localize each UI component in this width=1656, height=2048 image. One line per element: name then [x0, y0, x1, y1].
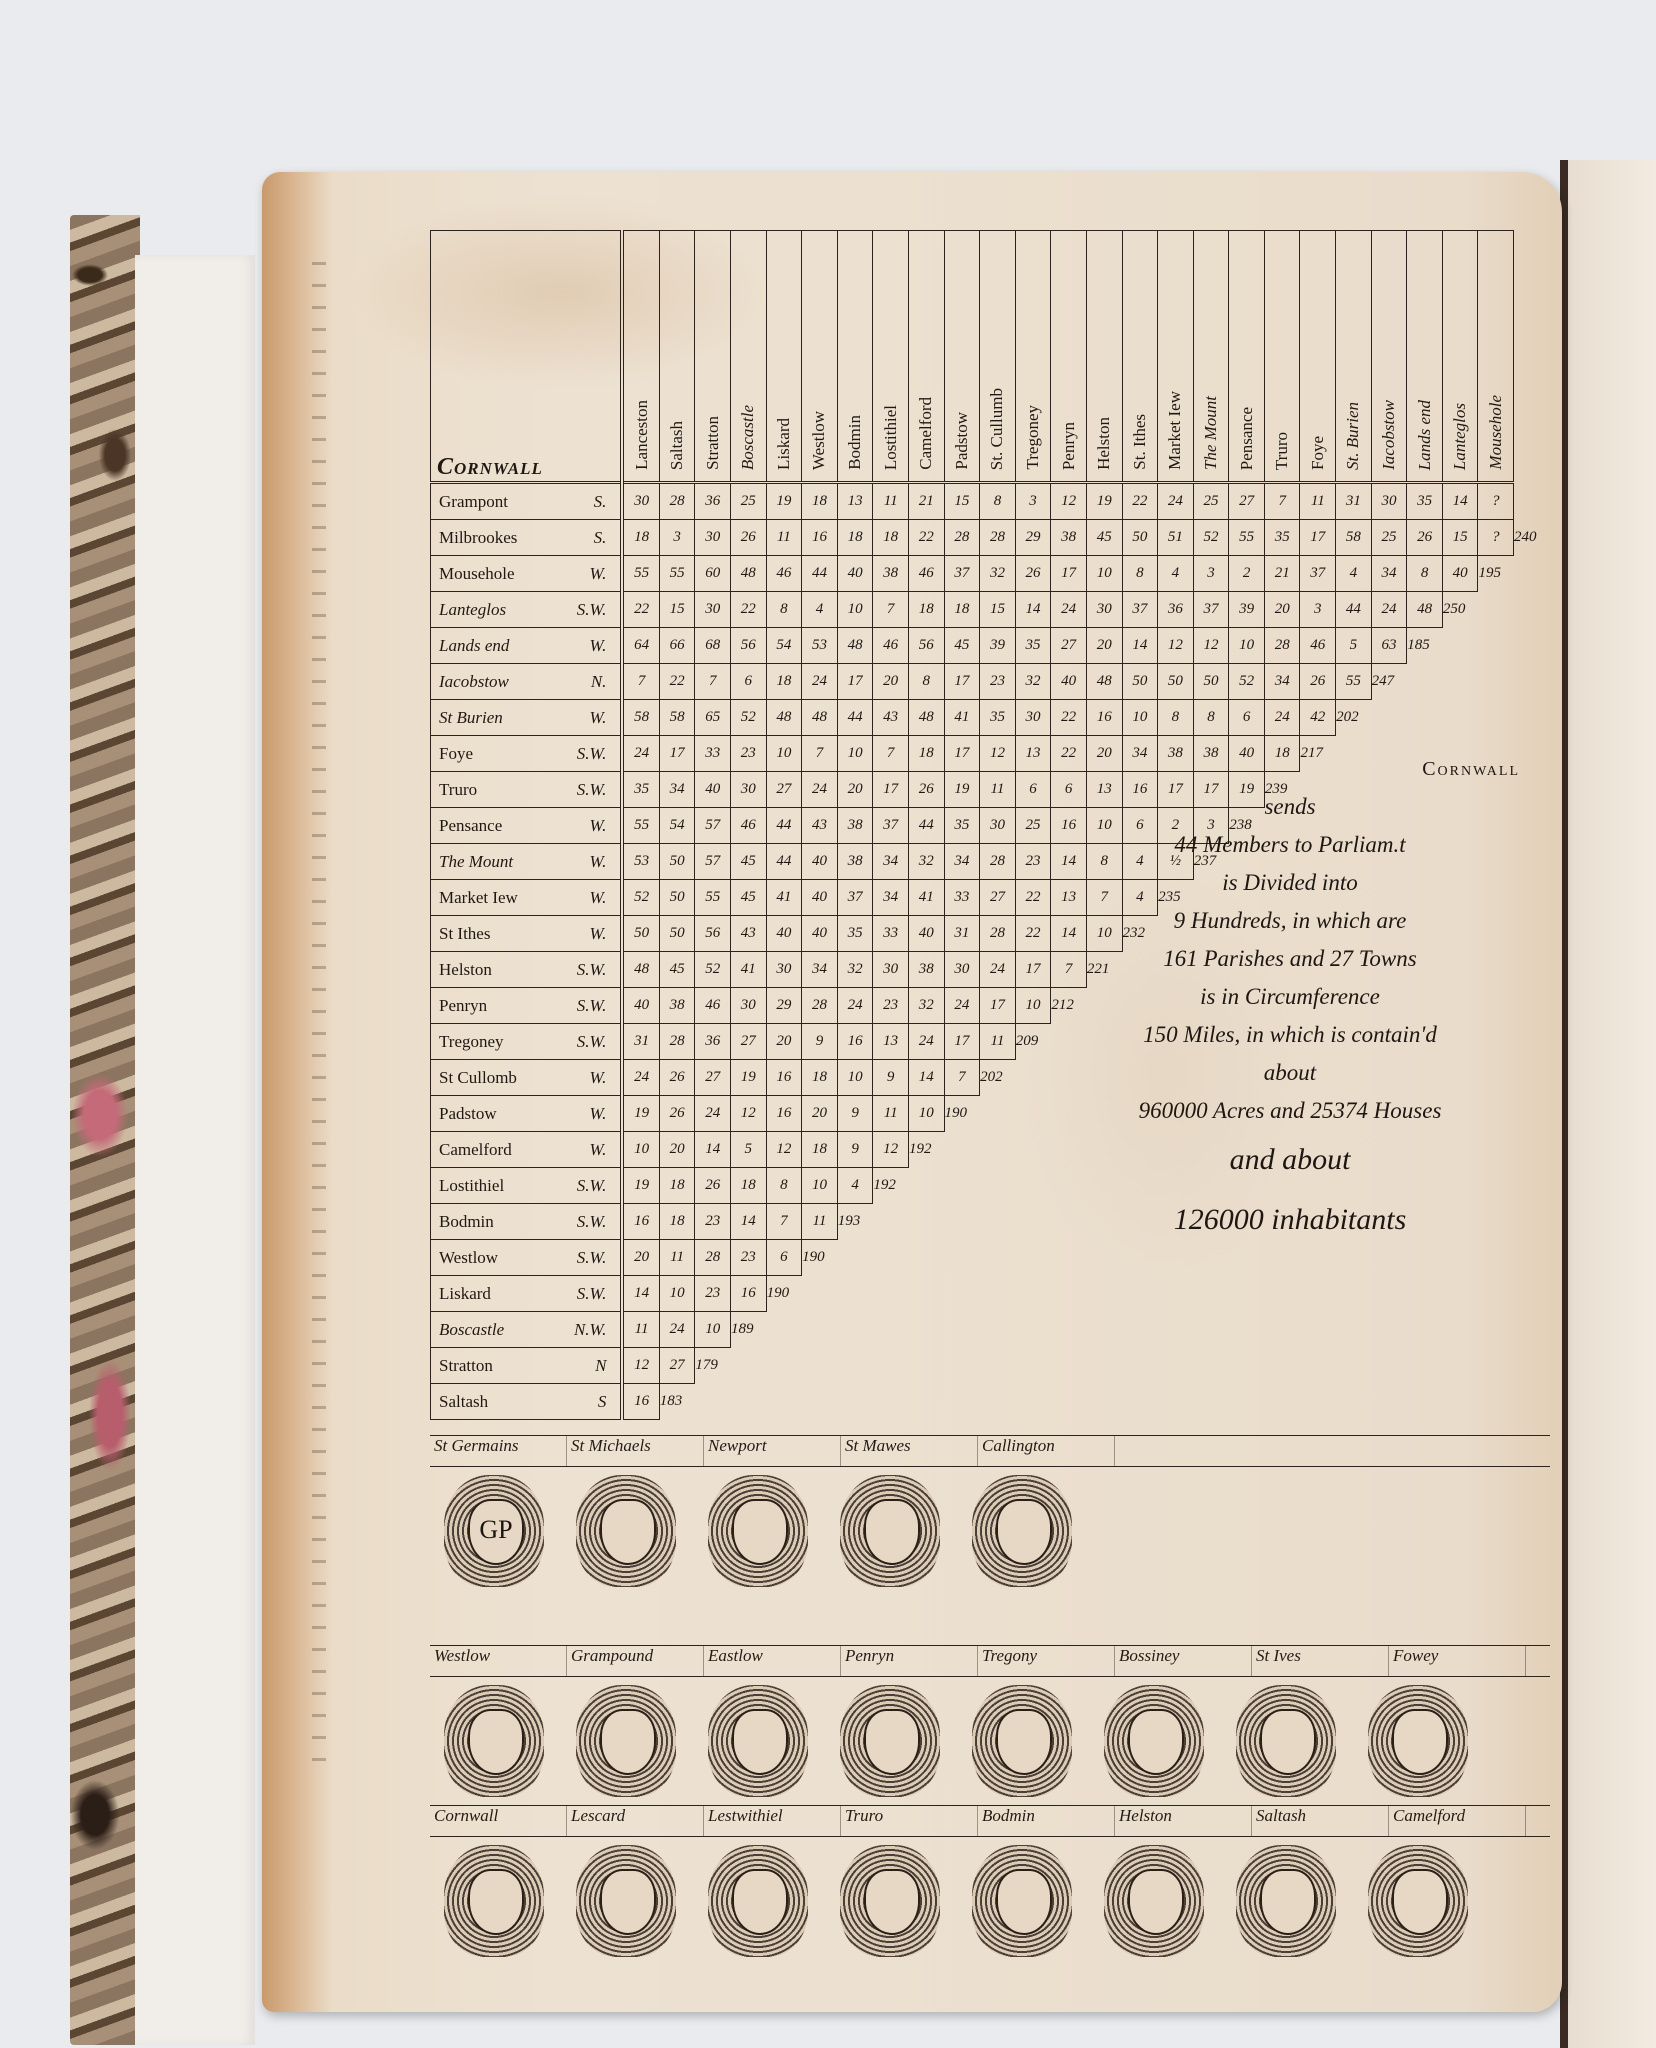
distance-cell: 26: [1407, 520, 1443, 556]
row-label: FoyeS.W.: [431, 736, 623, 772]
distance-cell: 26: [730, 520, 766, 556]
distance-cell: 55: [659, 556, 695, 592]
town-name: Lanteglos: [439, 600, 506, 619]
summary-line: 150 Miles, in which is contain'd: [1040, 1016, 1540, 1054]
row-label: St IthesW.: [431, 916, 623, 952]
column-header-label: Market Iew: [1165, 385, 1185, 476]
coat-of-arms-icon: [1222, 1677, 1354, 1807]
distance-cell: 11: [873, 1096, 909, 1132]
distance-cell: 17: [659, 736, 695, 772]
borough-name: Grampound: [567, 1646, 704, 1676]
column-header-label: Penryn: [1059, 416, 1079, 476]
distance-cell: 34: [944, 844, 980, 880]
distance-cell: 17: [1051, 556, 1087, 592]
distance-cell: 9: [873, 1060, 909, 1096]
distance-cell: 9: [802, 1024, 838, 1060]
distance-cell: 24: [1264, 700, 1300, 736]
table-row: StrattonN1227179: [431, 1348, 1550, 1384]
column-header: Liskard: [766, 231, 802, 483]
distance-cell: 28: [659, 483, 695, 520]
distance-cell: 34: [659, 772, 695, 808]
row-label: PensanceW.: [431, 808, 623, 844]
coat-of-arms-icon: [1354, 1677, 1486, 1807]
distance-cell: 26: [659, 1060, 695, 1096]
column-header: Boscastle: [730, 231, 766, 483]
table-row: IacobstowN.72276182417208172332404850505…: [431, 664, 1550, 700]
direction: W.: [590, 852, 621, 872]
summary-line: is in Circumference: [1040, 978, 1540, 1016]
column-header: Padstow: [944, 231, 980, 483]
distance-cell: 30: [730, 772, 766, 808]
distance-cell: 54: [659, 808, 695, 844]
distance-cell: 20: [873, 664, 909, 700]
distance-cell: 18: [659, 1204, 695, 1240]
distance-cell: 43: [730, 916, 766, 952]
distance-cell: 18: [622, 520, 659, 556]
column-header: Saltash: [659, 231, 695, 483]
distance-cell: 7: [766, 1204, 802, 1240]
distance-cell: 53: [622, 844, 659, 880]
summary-line: 9 Hundreds, in which are: [1040, 902, 1540, 940]
distance-cell: 28: [980, 916, 1016, 952]
distance-to-london: 192: [908, 1132, 944, 1168]
distance-cell: 44: [837, 700, 873, 736]
distance-cell: 23: [695, 1204, 731, 1240]
distance-cell: 30: [980, 808, 1016, 844]
distance-cell: 24: [908, 1024, 944, 1060]
distance-cell: 48: [908, 700, 944, 736]
town-name: Iacobstow: [439, 672, 509, 691]
borough-name: Bossiney: [1115, 1646, 1252, 1676]
borough-name: Penryn: [841, 1646, 978, 1676]
column-header: St. Ithes: [1122, 231, 1158, 483]
distance-cell: 10: [1086, 556, 1122, 592]
arms-labels: CornwallLescardLestwithielTruroBodminHel…: [430, 1805, 1550, 1837]
distance-cell: 10: [1122, 700, 1158, 736]
distance-cell: 21: [908, 483, 944, 520]
summary-heading: Cornwall: [1040, 750, 1540, 788]
distance-cell: 32: [980, 556, 1016, 592]
distance-cell: 35: [1264, 520, 1300, 556]
distance-cell: 50: [1158, 664, 1194, 700]
distance-cell: 43: [873, 700, 909, 736]
distance-cell: 30: [1015, 700, 1051, 736]
distance-cell: 20: [802, 1096, 838, 1132]
town-name: Stratton: [439, 1356, 493, 1375]
distance-cell: 5: [1336, 628, 1372, 664]
distance-cell: 29: [1015, 520, 1051, 556]
distance-cell: 27: [730, 1024, 766, 1060]
direction: S.W.: [577, 1248, 621, 1268]
distance-cell: 7: [802, 736, 838, 772]
distance-cell: 50: [622, 916, 659, 952]
distance-cell: 18: [659, 1168, 695, 1204]
distance-cell: 29: [766, 988, 802, 1024]
table-title: Cornwall: [431, 231, 623, 483]
distance-cell: 24: [622, 736, 659, 772]
distance-cell: 30: [766, 952, 802, 988]
column-header-label: Saltash: [667, 415, 687, 476]
row-label: BoscastleN.W.: [431, 1312, 623, 1348]
distance-cell: 22: [659, 664, 695, 700]
distance-cell: 24: [1158, 483, 1194, 520]
coat-of-arms-icon: GP: [430, 1467, 562, 1597]
distance-cell: 28: [980, 844, 1016, 880]
distance-cell: 18: [908, 592, 944, 628]
distance-cell: 8: [980, 483, 1016, 520]
column-header-label: Mousehole: [1486, 389, 1506, 476]
distance-cell: 56: [695, 916, 731, 952]
coat-of-arms-icon: [1090, 1837, 1222, 1967]
row-label: MilbrookesS.: [431, 520, 623, 556]
column-header-label: Pensance: [1237, 401, 1257, 476]
column-header-label: The Mount: [1201, 390, 1221, 476]
distance-cell: 15: [980, 592, 1016, 628]
summary-line: 960000 Acres and 25374 Houses: [1040, 1092, 1540, 1130]
distance-cell: 19: [944, 772, 980, 808]
borough-name: Eastlow: [704, 1646, 841, 1676]
coat-of-arms-icon: [694, 1467, 826, 1597]
distance-cell: 27: [1051, 628, 1087, 664]
table-row: St BurienW.58586552484844434841353022161…: [431, 700, 1550, 736]
distance-cell: 17: [1300, 520, 1336, 556]
arms-crests: [430, 1677, 1550, 1807]
distance-cell: 11: [802, 1204, 838, 1240]
direction: W.: [590, 636, 621, 656]
borough-name: St Ives: [1252, 1646, 1389, 1676]
row-label: HelstonS.W.: [431, 952, 623, 988]
distance-cell: 52: [622, 880, 659, 916]
distance-cell: 51: [1158, 520, 1194, 556]
distance-to-london: 190: [766, 1276, 802, 1312]
column-header: Helston: [1086, 231, 1122, 483]
distance-cell: 35: [622, 772, 659, 808]
direction: S.W.: [577, 600, 621, 620]
row-label: Market IewW.: [431, 880, 623, 916]
distance-cell: 24: [659, 1312, 695, 1348]
distance-cell: 34: [1371, 556, 1407, 592]
distance-cell: 26: [908, 772, 944, 808]
borough-name: Cornwall: [430, 1806, 567, 1836]
distance-cell: 16: [622, 1384, 659, 1420]
direction: S.W.: [577, 1032, 621, 1052]
town-name: Westlow: [439, 1248, 498, 1267]
row-label: StrattonN: [431, 1348, 623, 1384]
distance-cell: 40: [802, 916, 838, 952]
distance-cell: 58: [622, 700, 659, 736]
distance-cell: 31: [944, 916, 980, 952]
row-label: PenrynS.W.: [431, 988, 623, 1024]
distance-cell: 40: [837, 556, 873, 592]
distance-cell: 24: [837, 988, 873, 1024]
distance-cell: 12: [1158, 628, 1194, 664]
distance-cell: 46: [730, 808, 766, 844]
distance-cell: 19: [1086, 483, 1122, 520]
distance-cell: 20: [837, 772, 873, 808]
distance-cell: 28: [659, 1024, 695, 1060]
arms-crests: [430, 1837, 1550, 1967]
distance-cell: 24: [944, 988, 980, 1024]
distance-cell: 34: [802, 952, 838, 988]
distance-cell: 54: [766, 628, 802, 664]
distance-cell: 4: [837, 1168, 873, 1204]
distance-cell: 38: [837, 808, 873, 844]
distance-cell: ?: [1478, 520, 1514, 556]
distance-cell: 26: [695, 1168, 731, 1204]
distance-cell: 55: [622, 808, 659, 844]
distance-cell: 64: [622, 628, 659, 664]
distance-cell: 14: [695, 1132, 731, 1168]
distance-cell: 10: [908, 1096, 944, 1132]
borough-name: Lestwithiel: [704, 1806, 841, 1836]
column-header: Stratton: [695, 231, 731, 483]
summary-line: and about: [1040, 1130, 1540, 1190]
column-header: Lanceston: [622, 231, 659, 483]
distance-cell: 38: [837, 844, 873, 880]
distance-cell: 18: [837, 520, 873, 556]
distance-cell: 30: [944, 952, 980, 988]
distance-cell: 46: [766, 556, 802, 592]
distance-cell: 50: [659, 844, 695, 880]
distance-cell: 40: [802, 844, 838, 880]
borough-name: Westlow: [430, 1646, 567, 1676]
distance-cell: 48: [837, 628, 873, 664]
distance-cell: 18: [802, 1132, 838, 1168]
distance-to-london: 250: [1442, 592, 1478, 628]
distance-cell: 16: [766, 1096, 802, 1132]
borough-name: Tregony: [978, 1646, 1115, 1676]
distance-cell: 28: [695, 1240, 731, 1276]
distance-cell: ?: [1478, 483, 1514, 520]
distance-cell: 40: [1051, 664, 1087, 700]
distance-cell: 24: [1371, 592, 1407, 628]
distance-cell: 30: [695, 520, 731, 556]
distance-cell: 26: [1300, 664, 1336, 700]
distance-cell: 40: [695, 772, 731, 808]
distance-cell: 6: [730, 664, 766, 700]
distance-cell: 30: [622, 483, 659, 520]
direction: S.W.: [577, 996, 621, 1016]
distance-cell: 28: [944, 520, 980, 556]
distance-cell: 24: [695, 1096, 731, 1132]
distance-cell: 22: [622, 592, 659, 628]
town-name: Mousehole: [439, 564, 515, 583]
distance-cell: 27: [766, 772, 802, 808]
distance-cell: 20: [659, 1132, 695, 1168]
distance-cell: 5: [730, 1132, 766, 1168]
distance-cell: 14: [908, 1060, 944, 1096]
distance-cell: 56: [908, 628, 944, 664]
table-row: SaltashS16183: [431, 1384, 1550, 1420]
distance-cell: 10: [837, 736, 873, 772]
town-name: Penryn: [439, 996, 487, 1015]
distance-cell: 35: [1015, 628, 1051, 664]
direction: W.: [590, 708, 621, 728]
column-header: St. Burien: [1336, 231, 1372, 483]
arms-labels: WestlowGrampoundEastlowPenrynTregonyBoss…: [430, 1645, 1550, 1677]
distance-cell: 55: [1229, 520, 1265, 556]
distance-cell: 58: [1336, 520, 1372, 556]
borough-name: St Germains: [430, 1436, 567, 1466]
distance-cell: 50: [659, 916, 695, 952]
row-label: PadstowW.: [431, 1096, 623, 1132]
distance-cell: 17: [873, 772, 909, 808]
distance-cell: 24: [980, 952, 1016, 988]
arms-row-2: WestlowGrampoundEastlowPenrynTregonyBoss…: [430, 1645, 1550, 1807]
distance-cell: 44: [802, 556, 838, 592]
distance-cell: 14: [622, 1276, 659, 1312]
distance-cell: 32: [908, 844, 944, 880]
distance-cell: 19: [730, 1060, 766, 1096]
distance-cell: 3: [1300, 592, 1336, 628]
distance-to-london: 190: [944, 1096, 980, 1132]
marbled-board: [70, 215, 140, 2045]
row-label: BodminS.W.: [431, 1204, 623, 1240]
row-label: MouseholeW.: [431, 556, 623, 592]
direction: W.: [590, 1068, 621, 1088]
distance-cell: 33: [873, 916, 909, 952]
distance-cell: 10: [659, 1276, 695, 1312]
distance-cell: 10: [1229, 628, 1265, 664]
distance-cell: 37: [1122, 592, 1158, 628]
summary-line: about: [1040, 1054, 1540, 1092]
distance-cell: 40: [622, 988, 659, 1024]
distance-cell: 12: [1051, 483, 1087, 520]
distance-cell: 10: [837, 1060, 873, 1096]
distance-cell: 57: [695, 808, 731, 844]
borough-name: Lescard: [567, 1806, 704, 1836]
town-name: Bodmin: [439, 1212, 494, 1231]
county-summary: Cornwall sends 44 Members to Parliam.t i…: [1040, 750, 1540, 1250]
distance-cell: 13: [873, 1024, 909, 1060]
distance-cell: 43: [802, 808, 838, 844]
distance-cell: 36: [1158, 592, 1194, 628]
column-header-label: Helston: [1094, 411, 1114, 476]
column-header: Pensance: [1229, 231, 1265, 483]
column-header-label: St. Cullumb: [987, 382, 1007, 476]
distance-cell: 22: [1122, 483, 1158, 520]
distance-cell: 23: [730, 1240, 766, 1276]
distance-cell: 22: [730, 592, 766, 628]
coat-of-arms-icon: [1090, 1677, 1222, 1807]
distance-cell: 42: [1300, 700, 1336, 736]
row-label: CamelfordW.: [431, 1132, 623, 1168]
coat-of-arms-icon: [694, 1837, 826, 1967]
distance-cell: 46: [908, 556, 944, 592]
distance-to-london: 192: [873, 1168, 909, 1204]
distance-cell: 40: [908, 916, 944, 952]
distance-to-london: 195: [1478, 556, 1514, 592]
coat-of-arms-icon: [1354, 1837, 1486, 1967]
column-header-label: Bodmin: [845, 409, 865, 476]
column-header-label: Tregoney: [1023, 399, 1043, 476]
distance-cell: 16: [802, 520, 838, 556]
distance-cell: 48: [766, 700, 802, 736]
summary-line: 161 Parishes and 27 Towns: [1040, 940, 1540, 978]
town-name: Truro: [439, 780, 477, 799]
distance-to-london: 179: [695, 1348, 731, 1384]
distance-cell: 45: [944, 628, 980, 664]
distance-cell: 17: [944, 1024, 980, 1060]
distance-cell: 30: [695, 592, 731, 628]
distance-cell: 26: [1015, 556, 1051, 592]
distance-to-london: 240: [1514, 520, 1550, 556]
distance-cell: 12: [622, 1348, 659, 1384]
distance-cell: 7: [944, 1060, 980, 1096]
column-header: Truro: [1264, 231, 1300, 483]
town-name: Helston: [439, 960, 492, 979]
distance-cell: 3: [1015, 483, 1051, 520]
borough-name: Helston: [1115, 1806, 1252, 1836]
borough-name: Callington: [978, 1436, 1115, 1466]
distance-cell: 18: [873, 520, 909, 556]
distance-cell: 11: [766, 520, 802, 556]
distance-cell: 7: [622, 664, 659, 700]
distance-cell: 14: [1015, 592, 1051, 628]
distance-cell: 27: [695, 1060, 731, 1096]
distance-cell: 46: [695, 988, 731, 1024]
coat-of-arms-icon: [562, 1677, 694, 1807]
coat-of-arms-icon: [562, 1467, 694, 1597]
distance-to-london: 190: [802, 1240, 838, 1276]
distance-cell: 53: [802, 628, 838, 664]
distance-cell: 52: [1229, 664, 1265, 700]
page-gutter-text: [312, 262, 326, 1762]
distance-cell: 27: [659, 1348, 695, 1384]
distance-to-london: 185: [1407, 628, 1443, 664]
distance-cell: 35: [837, 916, 873, 952]
direction: N: [595, 1356, 620, 1376]
borough-name: Saltash: [1252, 1806, 1389, 1836]
distance-cell: 6: [766, 1240, 802, 1276]
distance-cell: 19: [622, 1168, 659, 1204]
column-header: Lanteglos: [1442, 231, 1478, 483]
column-header-label: Padstow: [952, 406, 972, 476]
distance-cell: 32: [908, 988, 944, 1024]
distance-cell: 14: [1122, 628, 1158, 664]
distance-cell: 15: [659, 592, 695, 628]
distance-cell: 48: [622, 952, 659, 988]
column-header-label: St. Ithes: [1130, 408, 1150, 476]
distance-cell: 7: [695, 664, 731, 700]
table-row: MouseholeW.55556048464440384637322617108…: [431, 556, 1550, 592]
summary-line: is Divided into: [1040, 864, 1540, 902]
distance-cell: 22: [908, 520, 944, 556]
town-name: St Burien: [439, 708, 503, 727]
distance-cell: 34: [873, 880, 909, 916]
distance-cell: 8: [908, 664, 944, 700]
column-header: Bodmin: [837, 231, 873, 483]
distance-cell: 14: [730, 1204, 766, 1240]
distance-cell: 18: [766, 664, 802, 700]
distance-cell: 44: [908, 808, 944, 844]
town-name: Grampont: [439, 492, 508, 511]
distance-cell: 37: [873, 808, 909, 844]
distance-cell: 40: [802, 880, 838, 916]
distance-cell: 18: [908, 736, 944, 772]
column-header-label: Iacobstow: [1379, 394, 1399, 476]
distance-cell: 65: [695, 700, 731, 736]
direction: N.W.: [574, 1320, 620, 1340]
summary-line: sends: [1040, 788, 1540, 826]
column-header: Foye: [1300, 231, 1336, 483]
distance-cell: 20: [622, 1240, 659, 1276]
direction: S.W.: [577, 1176, 621, 1196]
distance-cell: 35: [1407, 483, 1443, 520]
coat-of-arms-icon: [694, 1677, 826, 1807]
distance-cell: 12: [873, 1132, 909, 1168]
distance-cell: 28: [802, 988, 838, 1024]
